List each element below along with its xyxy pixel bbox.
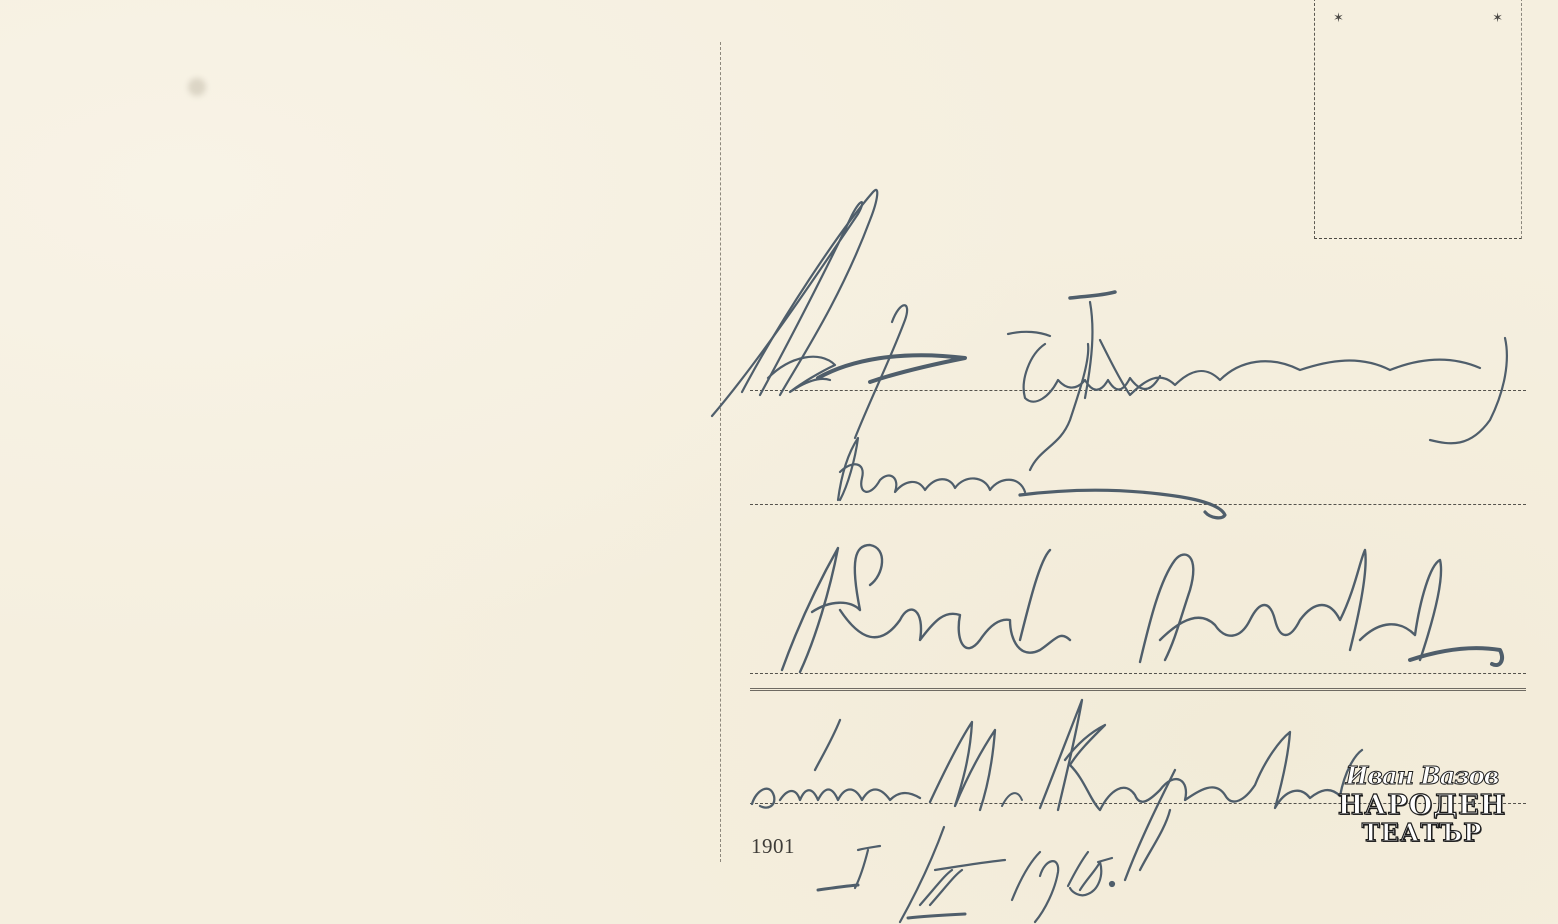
star-icon: ✶ <box>1492 12 1503 25</box>
printed-code: 1901 <box>751 834 795 859</box>
handwriting-date <box>818 827 1114 922</box>
address-line-2 <box>750 504 1526 505</box>
stamp-box: ✶ ✶ <box>1314 0 1522 239</box>
logo-signature: Иван Вазов <box>1336 764 1508 790</box>
address-line-3 <box>750 673 1526 674</box>
star-icon: ✶ <box>1333 12 1344 25</box>
handwriting-line-2 <box>838 305 1225 518</box>
center-divider-line <box>720 42 721 862</box>
logo-line-2: ТЕАТЪР <box>1336 821 1508 845</box>
logo-line-1: НАРОДЕН <box>1336 792 1508 819</box>
postcard-back: ✶ ✶ 1901 <box>0 0 1558 924</box>
address-line-double <box>750 688 1526 691</box>
handwriting-line-4 <box>752 700 1362 880</box>
national-theatre-logo: Иван Вазов НАРОДЕН ТЕАТЪР <box>1336 764 1508 845</box>
handwriting-line-3 <box>782 545 1502 672</box>
address-line-1 <box>750 390 1526 391</box>
paper-stain <box>188 78 206 96</box>
handwritten-date: I/II 1915 <box>0 0 4 1</box>
